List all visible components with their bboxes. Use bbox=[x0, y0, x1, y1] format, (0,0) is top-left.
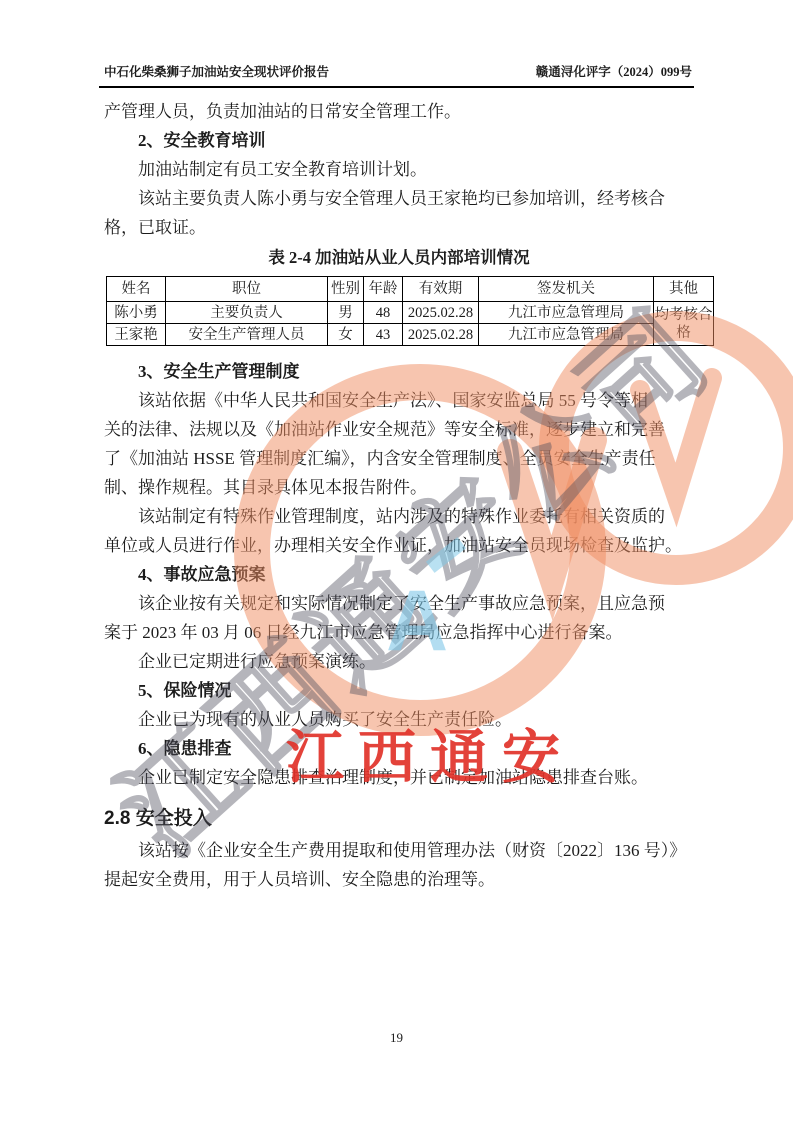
paragraph-line: 了《加油站 HSSE 管理制度汇编》，内含安全管理制度、全员安全生产责任 bbox=[104, 444, 694, 473]
paragraph-line: 该站按《企业安全生产费用提取和使用管理办法（财资〔2022〕136 号）》 bbox=[104, 836, 694, 865]
cell-validity: 2025.02.28 bbox=[403, 324, 479, 346]
paragraph-line: 该站制定有特殊作业管理制度，站内涉及的特殊作业委托有相关资质的 bbox=[104, 502, 694, 531]
cell-authority: 九江市应急管理局 bbox=[479, 302, 654, 324]
header-doc-number: 赣通浔化评字（2024）099号 bbox=[536, 62, 692, 80]
cell-other-merged: 均考核合格 bbox=[654, 302, 714, 346]
paragraph-line: 提起安全费用，用于人员培训、安全隐患的治理等。 bbox=[104, 865, 694, 894]
page-header: 中石化柴桑狮子加油站安全现状评价报告 赣通浔化评字（2024）099号 bbox=[104, 62, 692, 80]
col-header-age: 年龄 bbox=[364, 277, 403, 302]
cell-gender: 男 bbox=[328, 302, 364, 324]
header-report-title: 中石化柴桑狮子加油站安全现状评价报告 bbox=[104, 62, 329, 80]
paragraph-line: 产管理人员，负责加油站的日常安全管理工作。 bbox=[104, 97, 694, 126]
page-number: 19 bbox=[0, 1030, 793, 1046]
report-page: 中石化柴桑狮子加油站安全现状评价报告 赣通浔化评字（2024）099号 产管理人… bbox=[0, 0, 793, 1122]
cell-position: 主要负责人 bbox=[166, 302, 328, 324]
col-header-position: 职位 bbox=[166, 277, 328, 302]
document-body: 产管理人员，负责加油站的日常安全管理工作。 2、安全教育培训 加油站制定有员工安… bbox=[104, 97, 694, 894]
paragraph-line: 关的法律、法规以及《加油站作业安全规范》等安全标准，逐步建立和完善 bbox=[104, 415, 694, 444]
table-row: 陈小勇 主要负责人 男 48 2025.02.28 九江市应急管理局 均考核合格 bbox=[107, 302, 714, 324]
paragraph-line: 企业已为现有的从业人员购买了安全生产责任险。 bbox=[104, 705, 694, 734]
table-row: 王家艳 安全生产管理人员 女 43 2025.02.28 九江市应急管理局 bbox=[107, 324, 714, 346]
col-header-gender: 性别 bbox=[328, 277, 364, 302]
heading-6: 6、隐患排查 bbox=[104, 734, 694, 763]
training-table: 姓名 职位 性别 年龄 有效期 签发机关 其他 陈小勇 主要负责人 男 48 2… bbox=[106, 276, 714, 346]
heading-2: 2、安全教育培训 bbox=[104, 126, 694, 155]
col-header-validity: 有效期 bbox=[403, 277, 479, 302]
table-header-row: 姓名 职位 性别 年龄 有效期 签发机关 其他 bbox=[107, 277, 714, 302]
heading-4: 4、事故应急预案 bbox=[104, 560, 694, 589]
cell-age: 48 bbox=[364, 302, 403, 324]
cell-validity: 2025.02.28 bbox=[403, 302, 479, 324]
paragraph-line: 该企业按有关规定和实际情况制定了安全生产事故应急预案，且应急预 bbox=[104, 589, 694, 618]
table-title: 表 2-4 加油站从业人员内部培训情况 bbox=[104, 242, 694, 276]
paragraph-line: 制、操作规程。其目录具体见本报告附件。 bbox=[104, 473, 694, 502]
heading-3: 3、安全生产管理制度 bbox=[104, 357, 694, 386]
header-rule bbox=[99, 86, 694, 88]
heading-5: 5、保险情况 bbox=[104, 676, 694, 705]
section-heading-2-8: 2.8 安全投入 bbox=[104, 800, 694, 836]
paragraph-line: 单位或人员进行作业，办理相关安全作业证，加油站安全员现场检查及监护。 bbox=[104, 531, 694, 560]
col-header-authority: 签发机关 bbox=[479, 277, 654, 302]
paragraph-line: 加油站制定有员工安全教育培训计划。 bbox=[104, 155, 694, 184]
col-header-other: 其他 bbox=[654, 277, 714, 302]
cell-position: 安全生产管理人员 bbox=[166, 324, 328, 346]
paragraph-line: 该站主要负责人陈小勇与安全管理人员王家艳均已参加培训，经考核合 bbox=[104, 184, 694, 213]
cell-name: 陈小勇 bbox=[107, 302, 166, 324]
cell-gender: 女 bbox=[328, 324, 364, 346]
cell-name: 王家艳 bbox=[107, 324, 166, 346]
paragraph-line: 该站依据《中华人民共和国安全生产法》、国家安监总局 55 号令等相 bbox=[104, 386, 694, 415]
col-header-name: 姓名 bbox=[107, 277, 166, 302]
cell-authority: 九江市应急管理局 bbox=[479, 324, 654, 346]
paragraph-line: 案于 2023 年 03 月 06 日经九江市应急管理局应急指挥中心进行备案。 bbox=[104, 618, 694, 647]
paragraph-line: 企业已定期进行应急预案演练。 bbox=[104, 647, 694, 676]
cell-age: 43 bbox=[364, 324, 403, 346]
paragraph-line: 格，已取证。 bbox=[104, 213, 694, 242]
paragraph-line: 企业已制定安全隐患排查治理制度，并已制定加油站隐患排查台账。 bbox=[104, 763, 694, 792]
